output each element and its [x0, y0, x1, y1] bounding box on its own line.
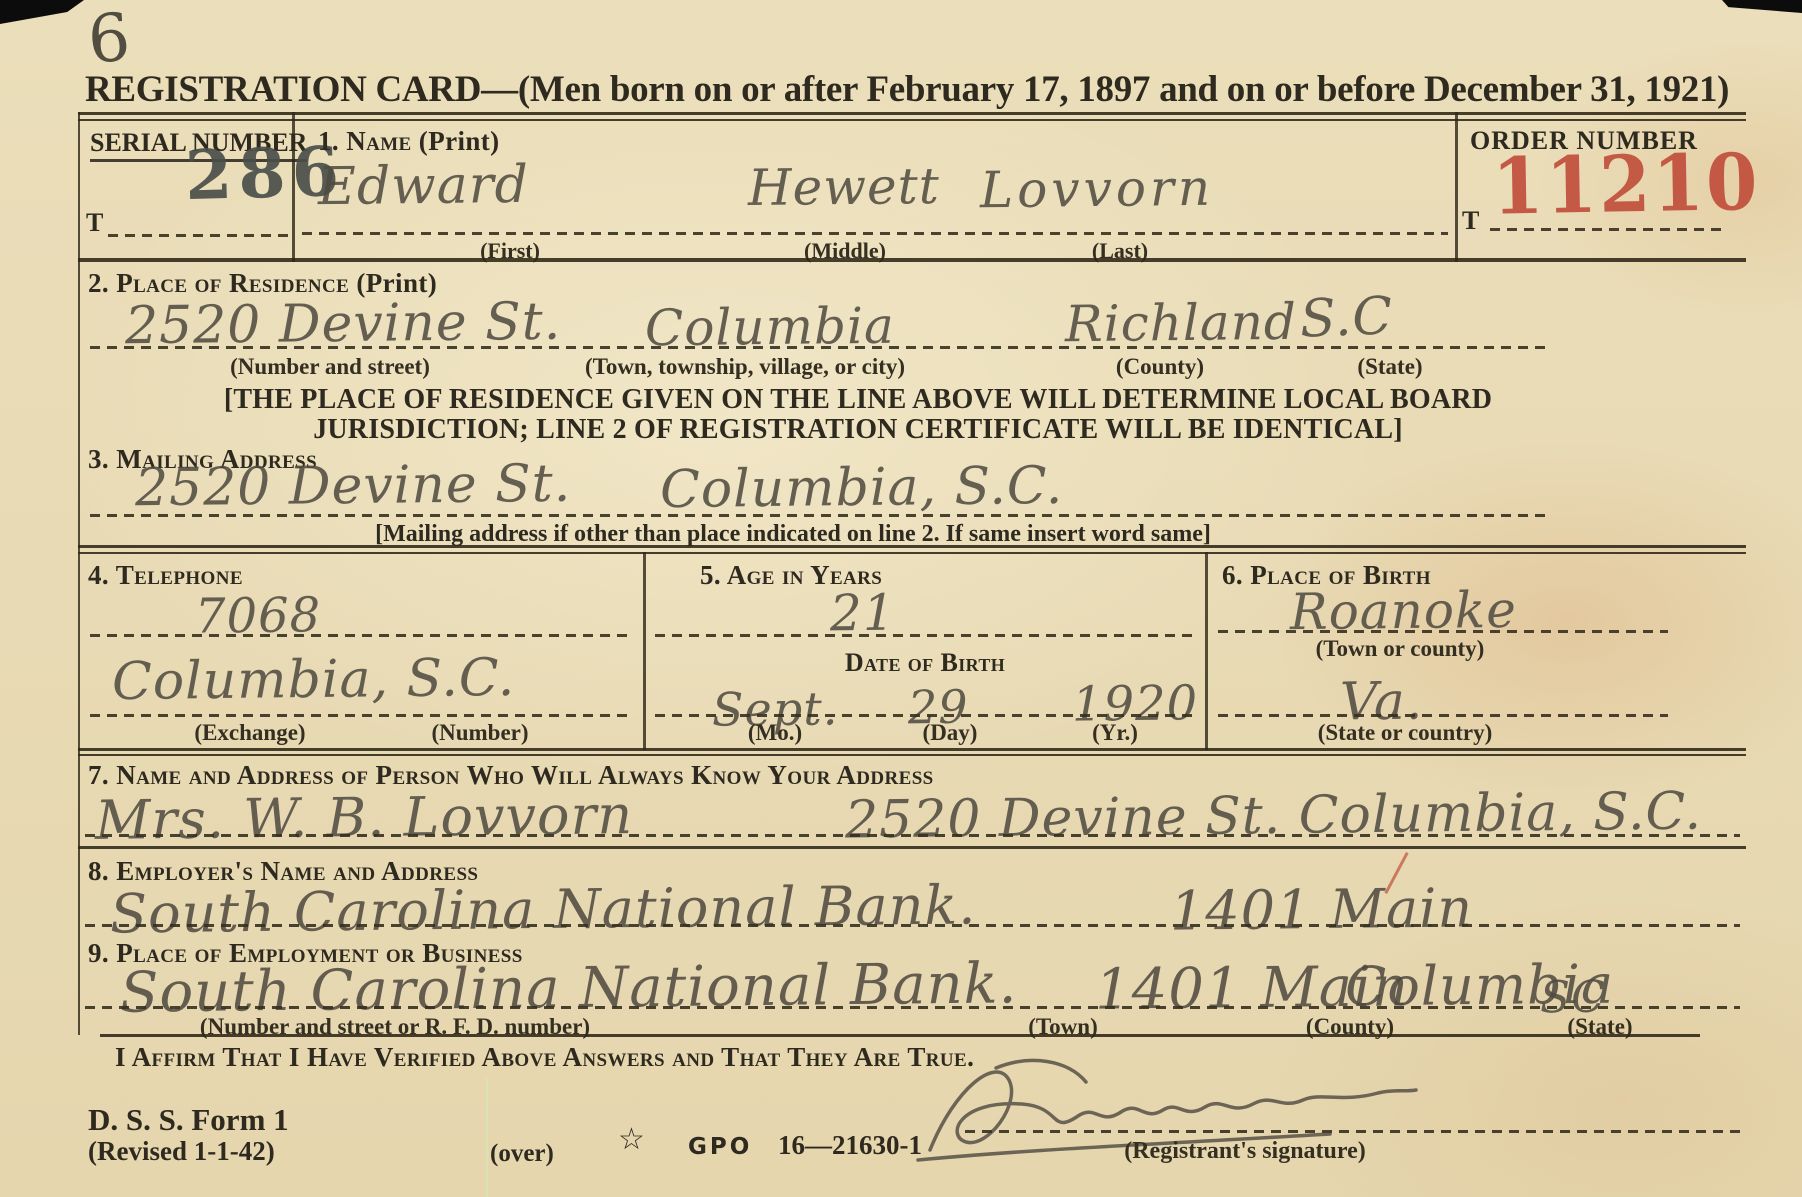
age-birth-divider [1205, 552, 1208, 750]
birthplace-town-line [1218, 630, 1668, 633]
residence-county-sublabel: (County) [1116, 354, 1204, 380]
signature-line [965, 1130, 1740, 1133]
over-note: (over) [490, 1140, 554, 1168]
birthplace-state-line [1218, 714, 1668, 717]
title-rule-top [78, 112, 1746, 115]
left-border [78, 112, 80, 1035]
residence-state-value: S.C [1299, 286, 1394, 349]
row456-bottom-rule-top [78, 748, 1746, 751]
scan-line-artifact [486, 1078, 488, 1197]
registration-card: 6 REGISTRATION CARD—(Men born on or afte… [0, 0, 1802, 1197]
row1-bottom-rule [78, 258, 1746, 262]
order-prefix: T [1462, 206, 1479, 236]
title-rule-bottom [78, 119, 1746, 121]
name-label-suffix: (Print) [419, 126, 500, 156]
mid-rule-top [78, 545, 1746, 548]
serial-line [108, 234, 288, 237]
form-number: D. S. S. Form 1 [88, 1102, 289, 1138]
residence-state-sublabel: (State) [1357, 354, 1422, 380]
name-line [302, 232, 1448, 235]
employer-line [85, 924, 1740, 927]
employment-line [85, 1006, 1740, 1009]
telephone-line2 [90, 714, 630, 717]
gpo-mark: GPO [688, 1134, 752, 1160]
mailing-city-value: Columbia, S.C. [660, 456, 1064, 520]
tel-age-divider [643, 552, 646, 750]
jurisdiction-note-line2: JURISDICTION; LINE 2 OF REGISTRATION CER… [78, 414, 1638, 446]
telephone-line1 [90, 634, 630, 637]
scan-corner-top-right [1722, 0, 1802, 13]
contact-line [85, 834, 1740, 837]
employer-address-value: 1401 Main [1170, 876, 1474, 942]
telephone-exchange-sublabel: (Exchange) [194, 720, 305, 746]
mailing-address-value: 2520 Devine St. [135, 454, 572, 519]
serial-prefix: T [86, 208, 103, 238]
jurisdiction-note-line1: [THE PLACE OF RESIDENCE GIVEN ON THE LIN… [78, 384, 1638, 416]
name-label: 1. Name (Print) [318, 126, 500, 157]
star-icon: ☆ [618, 1122, 645, 1157]
dob-line [655, 714, 1195, 717]
mailing-line [90, 514, 1550, 517]
name-first-value: Edward [318, 155, 530, 217]
order-number-stamp: 11210 [1491, 138, 1760, 233]
mid-rule-bottom [78, 552, 1746, 554]
contact-bottom-rule [78, 846, 1746, 849]
dob-month-sublabel: (Mo.) [748, 720, 802, 746]
scan-corner-top-left [0, 0, 84, 24]
telephone-exchange-value: Columbia, S.C. [112, 648, 516, 712]
card-title: REGISTRATION CARD—(Men born on or after … [85, 68, 1729, 111]
dob-year-sublabel: (Yr.) [1092, 720, 1138, 746]
corner-number: 6 [85, 0, 133, 78]
name-middle-value: Hewett [748, 157, 940, 217]
contact-address-value: 2520 Devine St. Columbia, S.C. [845, 782, 1703, 851]
name-last-value: Lovvorn [980, 159, 1215, 219]
birthplace-state-sublabel: (State or country) [1318, 720, 1493, 746]
name-order-divider [1455, 112, 1458, 262]
telephone-label: 4. Telephone [88, 560, 243, 591]
order-line [1490, 228, 1728, 231]
contact-name-value: Mrs. W. B. Lovvorn [95, 783, 634, 852]
row456-bottom-rule-bottom [78, 754, 1746, 756]
employer-name-value: South Carolina National Bank. [110, 873, 977, 945]
birthplace-town-sublabel: (Town or county) [1316, 636, 1485, 662]
signature-sublabel: (Registrant's signature) [1124, 1138, 1366, 1165]
dob-heading: Date of Birth [655, 648, 1195, 678]
residence-line [90, 346, 1550, 349]
mailing-caption: [Mailing address if other than place ind… [78, 521, 1508, 548]
residence-county-value: Richland [1065, 293, 1297, 353]
form-revision: (Revised 1-1-42) [88, 1136, 275, 1167]
name-label-main: 1. Name [318, 126, 412, 156]
residence-town-sublabel: (Town, township, village, or city) [585, 354, 905, 380]
affirmation-text: I Affirm That I Have Verified Above Answ… [115, 1042, 974, 1073]
telephone-number-sublabel: (Number) [431, 720, 528, 746]
residence-street-sublabel: (Number and street) [230, 354, 430, 380]
age-line [655, 634, 1195, 637]
dob-day-sublabel: (Day) [923, 720, 978, 746]
